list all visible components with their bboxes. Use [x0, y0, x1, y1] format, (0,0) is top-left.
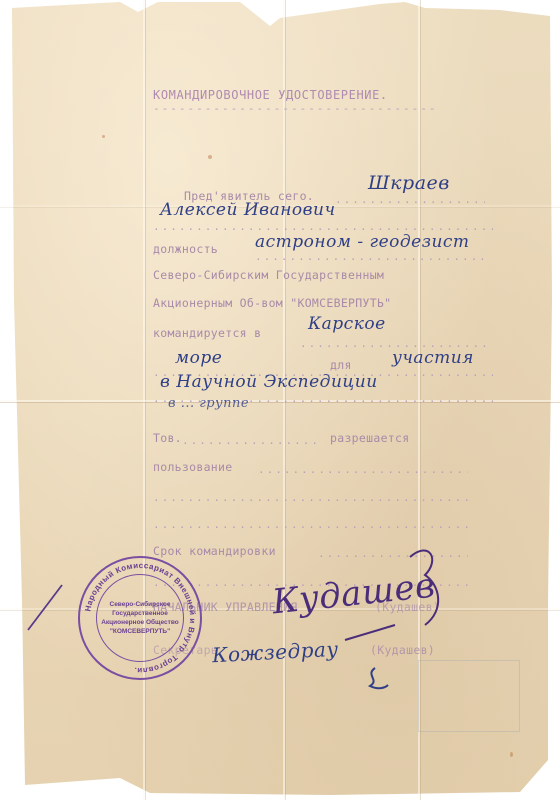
stamp-center: Северо-Сибирское Государственное Акционе… — [96, 574, 184, 662]
stamp-line: "КОМСЕВЕРПУТЬ" — [110, 627, 170, 636]
stamp-line: Акционерное Общество — [101, 618, 179, 627]
official-stamp: Народный Комиссариат Внешней и Внутр. То… — [78, 556, 202, 680]
signature-strokes — [0, 0, 560, 800]
stamp-line: Северо-Сибирское — [110, 600, 171, 609]
stamp-line: Государственное — [112, 609, 168, 618]
